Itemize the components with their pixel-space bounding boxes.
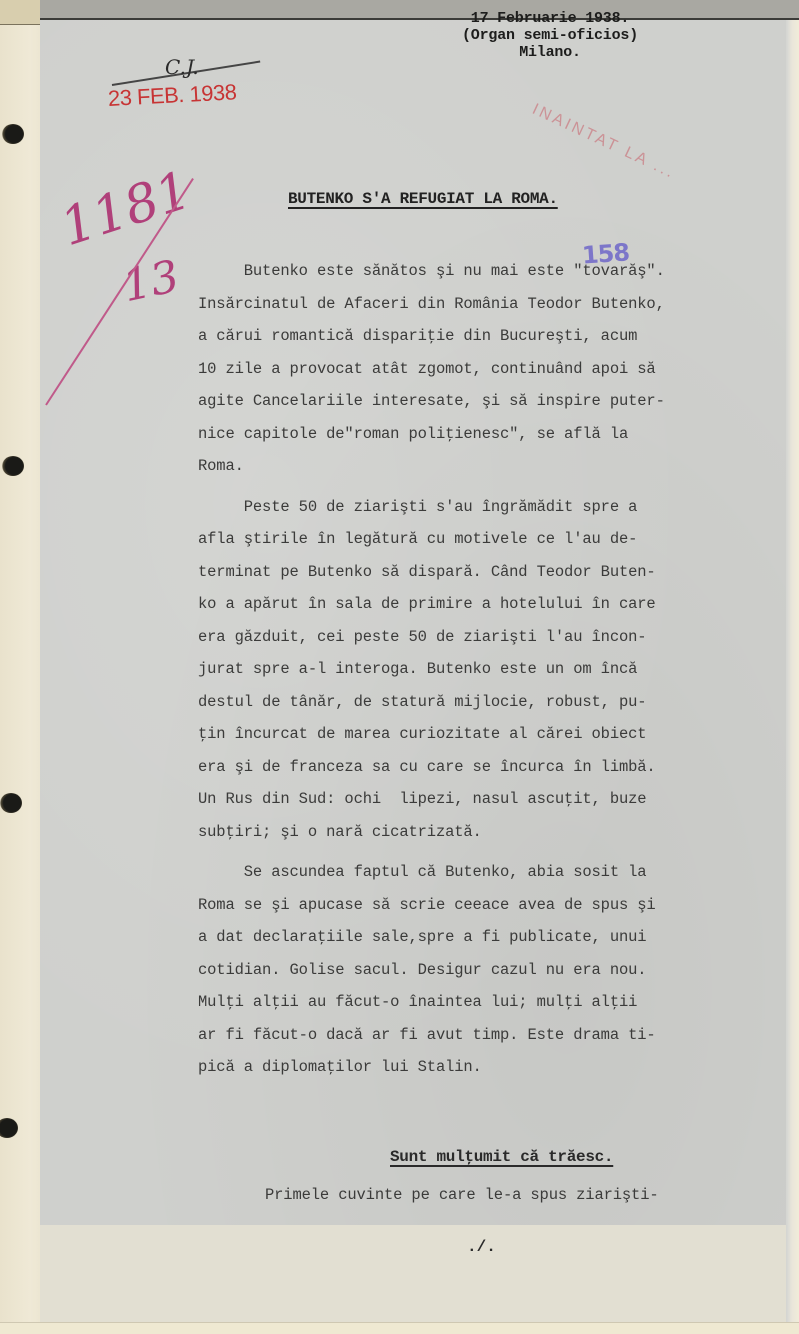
text-line: ţin încurcat de marea curiozitate al căr…: [198, 718, 788, 751]
text-line: ar fi făcut-o dacă ar fi avut timp. Este…: [198, 1019, 788, 1052]
text-line: jurat spre a-l interoga. Butenko este un…: [198, 653, 788, 686]
binder-hole-icon: [0, 793, 22, 813]
text-line: Un Rus din Sud: ochi lipezi, nasul ascuţ…: [198, 783, 788, 816]
text-line: subţiri; şi o nară cicatrizată.: [198, 816, 788, 849]
binder-hole-icon: [2, 124, 24, 144]
text-line: Peste 50 de ziarişti s'au îngrămădit spr…: [198, 491, 788, 524]
text-line: agite Cancelariile interesate, şi să ins…: [198, 385, 788, 418]
folder-top-edge: [0, 0, 40, 25]
paragraph-2: Peste 50 de ziarişti s'au îngrămădit spr…: [198, 491, 788, 849]
header-city: Milano.: [440, 44, 660, 61]
text-line: era şi de franceza sa cu care se încurca…: [198, 751, 788, 784]
text-line: Se ascundea faptul că Butenko, abia sosi…: [198, 856, 788, 889]
text-line: Mulţi alţii au făcut-o înaintea lui; mul…: [198, 986, 788, 1019]
paper-lower-margin: [40, 1225, 792, 1325]
text-line: afla ştirile în legătură cu motivele ce …: [198, 523, 788, 556]
text-line: a cărui romantică dispariţie din Bucureş…: [198, 320, 788, 353]
previous-page-edge: [40, 0, 799, 20]
text-line: a dat declaraţiile sale,spre a fi public…: [198, 921, 788, 954]
header-date: 17 Februarie 1938.: [440, 10, 660, 27]
text-line: cotidian. Golise sacul. Desigur cazul nu…: [198, 954, 788, 987]
text-line: pică a diplomaţilor lui Stalin.: [198, 1051, 788, 1084]
text-line: destul de tânăr, de statură mijlocie, ro…: [198, 686, 788, 719]
paragraph-1: Butenko este sănătos şi nu mai este "tov…: [198, 255, 788, 483]
text-line: 10 zile a provocat atât zgomot, continuâ…: [198, 353, 788, 386]
handwritten-registry-denominator: 13: [119, 255, 183, 310]
text-line: ko a apărut în sala de primire a hotelul…: [198, 588, 788, 621]
document-header: 17 Februarie 1938. (Organ semi-oficios) …: [440, 10, 660, 61]
text-line: terminat pe Butenko să dispară. Când Teo…: [198, 556, 788, 589]
section-subheading: Sunt mulţumit că trăesc.: [390, 1148, 613, 1166]
text-line: nice capitole de"roman poliţienesc", se …: [198, 418, 788, 451]
text-line: Roma se şi apucase să scrie ceeace avea …: [198, 889, 788, 922]
text-line: Roma.: [198, 450, 788, 483]
document-title: BUTENKO S'A REFUGIAT LA ROMA.: [288, 190, 558, 208]
paragraph-3: Se ascundea faptul că Butenko, abia sosi…: [198, 856, 788, 1084]
binder-hole-icon: [2, 456, 24, 476]
header-organ: (Organ semi-oficios): [440, 27, 660, 44]
continuation-mark: ./.: [467, 1238, 496, 1256]
text-line-continued: Primele cuvinte pe care le-a spus ziariş…: [265, 1186, 659, 1204]
article-body: Butenko este sănătos şi nu mai este "tov…: [198, 255, 788, 1084]
text-line: Insărcinatul de Afaceri din România Teod…: [198, 288, 788, 321]
text-line: Butenko este sănătos şi nu mai este "tov…: [198, 255, 788, 288]
paper-bottom-edge: [0, 1322, 799, 1334]
text-line: era găzduit, cei peste 50 de ziarişti l'…: [198, 621, 788, 654]
